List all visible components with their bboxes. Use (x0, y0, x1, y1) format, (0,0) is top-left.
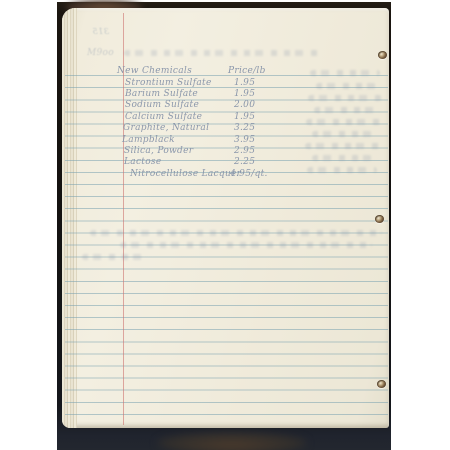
price-ledger: New Chemicals Price/lb Strontium Sulfate… (62, 8, 389, 428)
scan-background: 315 M9oo New Chemicals Price/lb Strontiu… (0, 0, 450, 450)
notebook-page: 315 M9oo New Chemicals Price/lb Strontiu… (62, 8, 389, 428)
out-of-focus-object-bottom (157, 432, 307, 450)
ledger-title: New Chemicals (117, 66, 192, 76)
chemical-price: 1.95 (234, 78, 255, 88)
chemical-price: 2.00 (234, 100, 255, 110)
chemical-price: 2.25 (234, 157, 255, 167)
chemical-price: 4.95/qt. (230, 169, 268, 179)
chemical-name: Graphite, Natural (123, 123, 209, 133)
chemical-name: Lactose (124, 157, 161, 167)
chemical-name: Calcium Sulfate (125, 112, 202, 122)
chemical-price: 3.95 (234, 135, 255, 145)
chemical-price: 3.25 (234, 123, 255, 133)
chemical-name: Lampblack (122, 135, 175, 145)
chemical-price: 1.95 (234, 89, 255, 99)
chemical-price: 2.95 (234, 146, 255, 156)
photo-backdrop: 315 M9oo New Chemicals Price/lb Strontiu… (57, 2, 391, 450)
chemical-name: Silica, Powder (124, 146, 193, 156)
chemical-name: Barium Sulfate (125, 89, 198, 99)
chemical-name: Nitrocellulose Lacquer (130, 169, 241, 179)
chemical-name: Strontium Sulfate (125, 78, 212, 88)
chemical-name: Sodium Sulfate (125, 100, 199, 110)
price-column-header: Price/lb (228, 66, 266, 76)
chemical-price: 1.95 (234, 112, 255, 122)
